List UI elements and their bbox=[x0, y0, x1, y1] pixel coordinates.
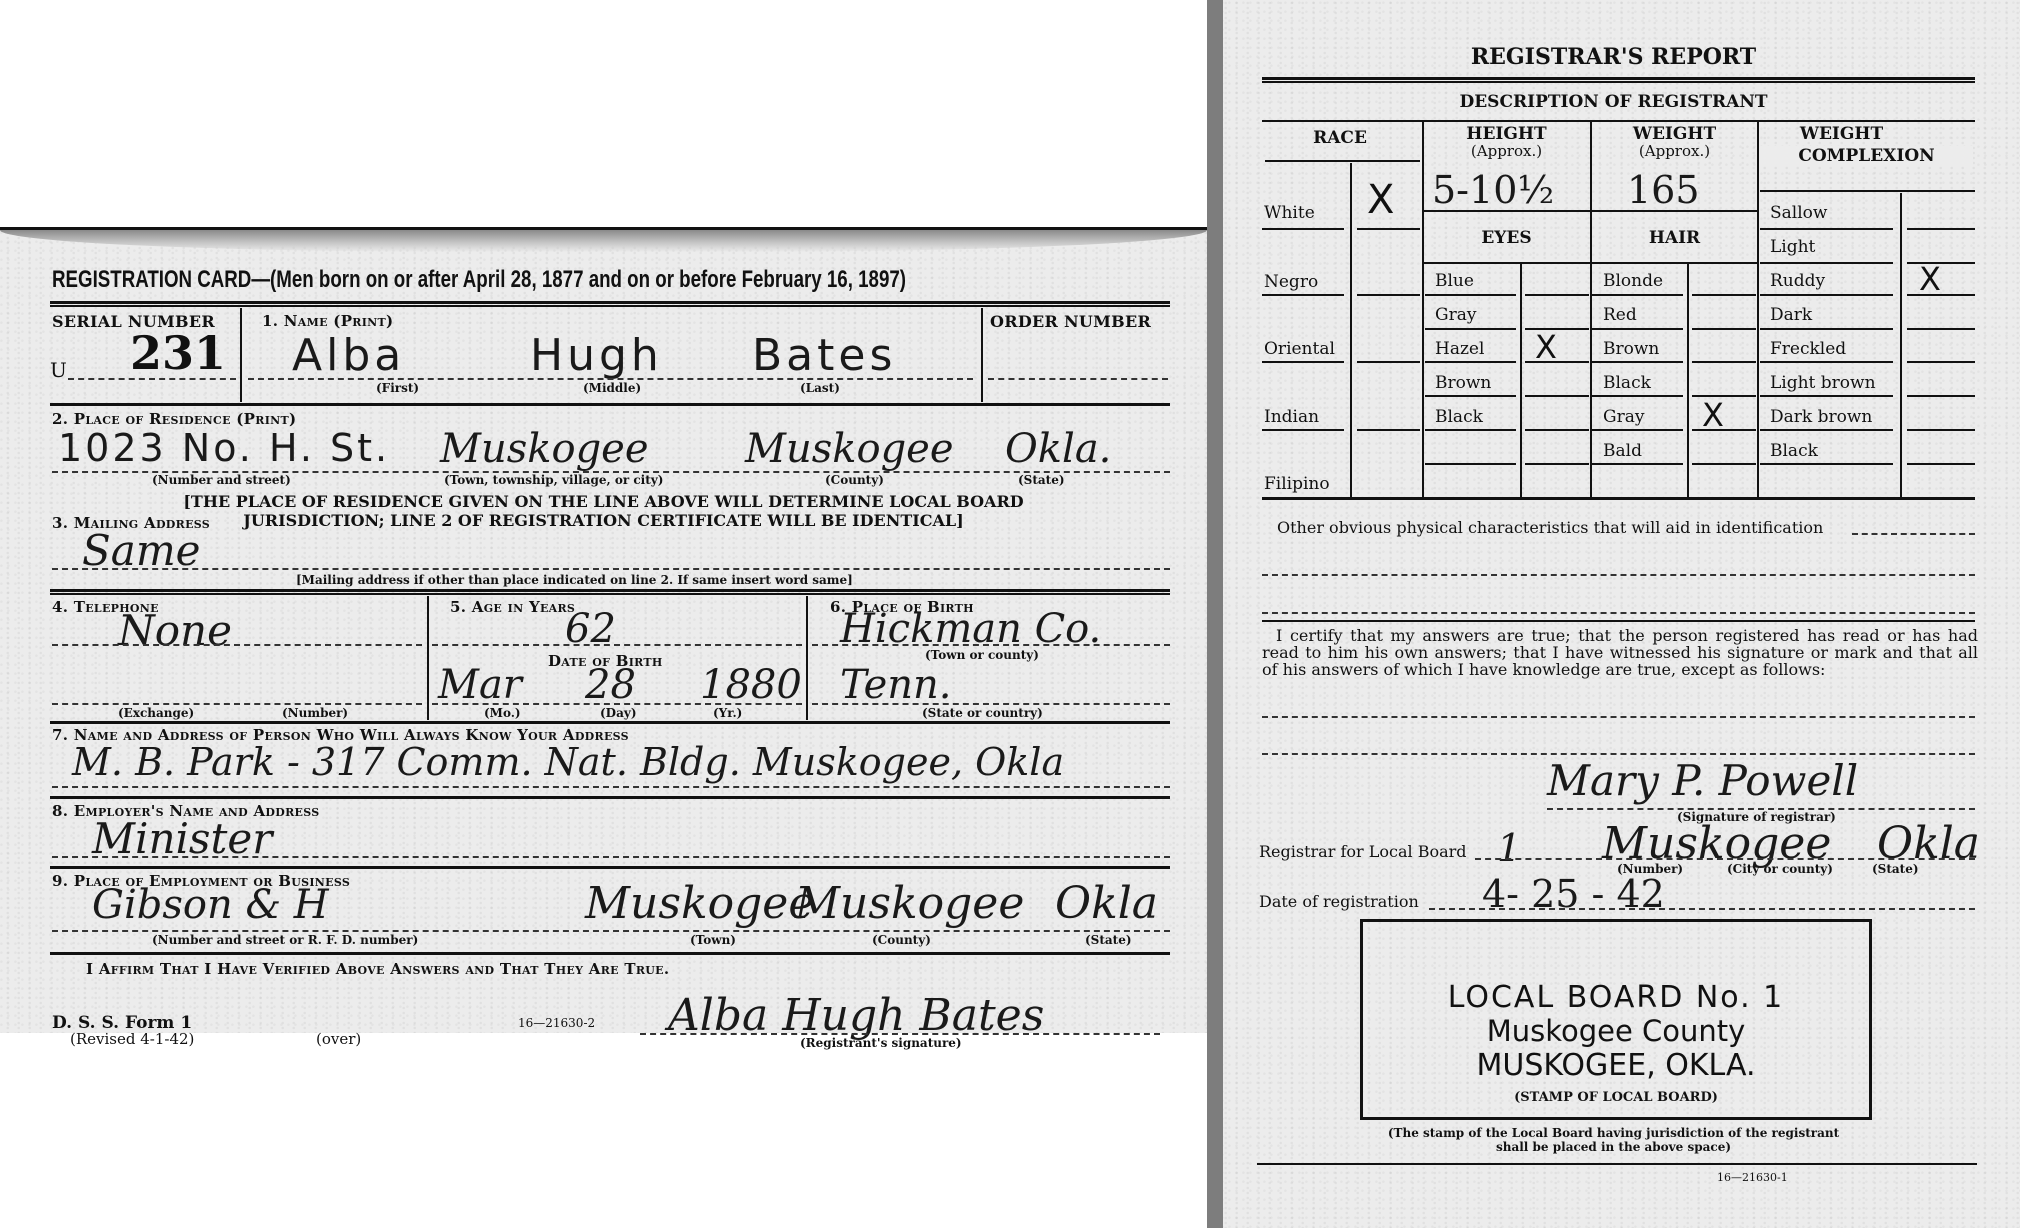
rule bbox=[1357, 228, 1420, 230]
birth-state-caption: (State or country) bbox=[922, 706, 1043, 720]
print-code: 16—21630-2 bbox=[518, 1016, 595, 1030]
local-board-city-caption: (City or county) bbox=[1727, 862, 1833, 876]
divider bbox=[240, 308, 242, 402]
rule bbox=[1592, 328, 1683, 330]
report-print-code: 16—21630-1 bbox=[1717, 1171, 1788, 1184]
affirmation-text: I Affirm That I Have Verified Above Answ… bbox=[86, 960, 669, 978]
rule bbox=[1525, 328, 1589, 330]
middle-caption: (Middle) bbox=[583, 381, 641, 395]
complexion-dark-brown-label: Dark brown bbox=[1770, 407, 1872, 427]
order-number-label: ORDER NUMBER bbox=[990, 312, 1151, 331]
serial-prefix: U bbox=[50, 358, 67, 382]
rule bbox=[1760, 429, 1893, 431]
stamp-note-line-1: (The stamp of the Local Board having jur… bbox=[1207, 1126, 2020, 1140]
rule bbox=[1692, 463, 1756, 465]
rule bbox=[1357, 294, 1420, 296]
height-header: HEIGHT bbox=[1425, 124, 1588, 144]
stamp-note: (The stamp of the Local Board having jur… bbox=[1207, 1126, 2020, 1154]
eyes-blue-label: Blue bbox=[1435, 271, 1474, 291]
telephone-line bbox=[52, 644, 422, 646]
divider bbox=[427, 596, 429, 720]
table-top-rule bbox=[1262, 120, 1975, 122]
other-characteristics-line-1[interactable] bbox=[1852, 533, 1975, 535]
footer-rule bbox=[1257, 1163, 1977, 1165]
divider bbox=[1687, 263, 1689, 497]
eyes-brown-label: Brown bbox=[1435, 373, 1491, 393]
serial-line bbox=[68, 378, 236, 380]
rule bbox=[1692, 294, 1756, 296]
stamp-line-3: MUSKOGEE, OKLA. bbox=[1363, 1048, 1869, 1083]
divider bbox=[1900, 193, 1902, 497]
stamp-note-line-2: shall be placed in the above space) bbox=[1207, 1140, 2020, 1154]
rule bbox=[1592, 395, 1683, 397]
complexion-sallow-label: Sallow bbox=[1770, 203, 1827, 223]
rule bbox=[1907, 361, 1975, 363]
report-subtitle: DESCRIPTION OF REGISTRANT bbox=[1207, 92, 2020, 112]
complexion-dark-label: Dark bbox=[1770, 305, 1812, 325]
weight-field[interactable]: 165 bbox=[1627, 168, 1700, 212]
other-characteristics-line-3[interactable] bbox=[1262, 612, 1975, 614]
local-board-label: Registrar for Local Board bbox=[1259, 842, 1467, 861]
serial-number-value[interactable]: 231 bbox=[130, 326, 226, 380]
signature-line bbox=[640, 1033, 1160, 1035]
rule bbox=[1424, 210, 1757, 212]
race-indian-label: Indian bbox=[1264, 407, 1319, 427]
weight-subheader: (Approx.) bbox=[1593, 142, 1756, 160]
rule bbox=[1692, 328, 1756, 330]
divider bbox=[1422, 121, 1424, 497]
rule bbox=[1760, 395, 1893, 397]
row-rule bbox=[50, 589, 1170, 595]
last-name-field[interactable]: Bates bbox=[752, 330, 896, 381]
rule bbox=[1262, 429, 1344, 431]
row-rule bbox=[50, 796, 1170, 799]
rule bbox=[1692, 395, 1756, 397]
rule bbox=[1425, 294, 1516, 296]
rule bbox=[1265, 160, 1420, 162]
rule bbox=[1907, 294, 1975, 296]
exception-line-2[interactable] bbox=[1262, 753, 1975, 755]
hair-black-label: Black bbox=[1603, 373, 1651, 393]
rule bbox=[1525, 395, 1589, 397]
dob-line bbox=[432, 703, 802, 705]
race-filipino-label: Filipino bbox=[1264, 474, 1330, 494]
rule bbox=[1425, 328, 1516, 330]
race-oriental-label: Oriental bbox=[1264, 339, 1335, 359]
table-bottom-rule bbox=[1262, 497, 1975, 500]
age-label: 5. Age in Years bbox=[450, 598, 575, 616]
exchange-caption: (Exchange) bbox=[118, 706, 194, 720]
birth-year-field[interactable]: 1880 bbox=[700, 662, 802, 708]
divider bbox=[1350, 163, 1352, 497]
rule bbox=[1262, 361, 1344, 363]
registration-card: REGISTRATION CARD—(Men born on or after … bbox=[0, 227, 1207, 1033]
employment-county-caption: (County) bbox=[872, 933, 931, 947]
rule bbox=[1357, 361, 1420, 363]
complexion-ruddy-checkbox[interactable]: X bbox=[1919, 263, 1941, 295]
employment-line bbox=[52, 930, 1170, 932]
eyes-hazel-label: Hazel bbox=[1435, 339, 1484, 359]
rule bbox=[1907, 429, 1975, 431]
birth-state-line bbox=[812, 703, 1170, 705]
stamp-caption: (STAMP OF LOCAL BOARD) bbox=[1363, 1090, 1869, 1105]
race-negro-label: Negro bbox=[1264, 272, 1318, 292]
rule bbox=[1425, 429, 1516, 431]
residence-town-field[interactable]: Muskogee bbox=[440, 426, 649, 472]
title-rule bbox=[50, 301, 1170, 307]
telephone-line-2 bbox=[52, 703, 422, 705]
employment-state-caption: (State) bbox=[1085, 933, 1132, 947]
rule bbox=[1692, 361, 1756, 363]
mailing-line bbox=[52, 568, 1170, 570]
row-rule bbox=[50, 952, 1170, 955]
title-rule bbox=[1262, 77, 1975, 83]
stamp-line-1: LOCAL BOARD No. 1 bbox=[1363, 980, 1869, 1015]
divider bbox=[1590, 121, 1592, 497]
rule bbox=[1262, 228, 1344, 230]
employment-county-field[interactable]: Muskogee bbox=[795, 878, 1024, 929]
complexion-header: COMPLEXION bbox=[1760, 146, 1973, 166]
divider bbox=[806, 596, 808, 720]
state-caption: (State) bbox=[1018, 473, 1065, 487]
number-caption: (Number) bbox=[282, 706, 348, 720]
birth-day-field[interactable]: 28 bbox=[585, 662, 636, 708]
rule bbox=[1760, 190, 1975, 192]
middle-name-field[interactable]: Hugh bbox=[530, 330, 663, 381]
eyes-gray-label: Gray bbox=[1435, 305, 1476, 325]
exception-line-1[interactable] bbox=[1262, 716, 1975, 718]
employment-town-field[interactable]: Muskogee bbox=[585, 878, 814, 929]
race-header: RACE bbox=[1265, 128, 1415, 148]
row-rule bbox=[50, 403, 1170, 406]
other-characteristics-line-2[interactable] bbox=[1262, 574, 1975, 576]
over-note: (over) bbox=[316, 1030, 361, 1048]
birth-state-field[interactable]: Tenn. bbox=[840, 662, 951, 708]
height-subheader: (Approx.) bbox=[1425, 142, 1588, 160]
rule bbox=[1424, 262, 1757, 264]
race-white-label: White bbox=[1264, 203, 1315, 223]
other-characteristics-label: Other obvious physical characteristics t… bbox=[1277, 518, 1823, 537]
eyes-hazel-checkbox[interactable]: X bbox=[1535, 331, 1557, 363]
name-label: 1. Name (Print) bbox=[262, 312, 393, 330]
rule bbox=[1592, 463, 1683, 465]
rule bbox=[1760, 262, 1893, 264]
employer-line bbox=[52, 856, 1170, 858]
jurisdiction-notice-line1: [THE PLACE OF RESIDENCE GIVEN ON THE LIN… bbox=[0, 492, 1207, 511]
rule bbox=[1760, 228, 1893, 230]
rule bbox=[1425, 463, 1516, 465]
telephone-field[interactable]: None bbox=[118, 606, 232, 655]
certification-text: I certify that my answers are true; that… bbox=[1262, 627, 1978, 678]
rule bbox=[1760, 328, 1893, 330]
last-caption: (Last) bbox=[800, 381, 840, 395]
mailing-caption: [Mailing address if other than place ind… bbox=[296, 573, 853, 587]
divider bbox=[1520, 263, 1522, 497]
weight-header: WEIGHT bbox=[1760, 124, 1923, 144]
rule bbox=[1525, 361, 1589, 363]
complexion-freckled-label: Freckled bbox=[1770, 339, 1846, 359]
birth-month-field[interactable]: Mar bbox=[438, 662, 522, 708]
rule bbox=[1592, 294, 1683, 296]
rule bbox=[1907, 262, 1975, 264]
weight-header-col: WEIGHT bbox=[1593, 124, 1756, 144]
registrar-report-card: REGISTRAR'S REPORT DESCRIPTION OF REGIST… bbox=[1207, 0, 2020, 1228]
complexion-black-label: Black bbox=[1770, 441, 1818, 461]
rule bbox=[1425, 361, 1516, 363]
rule bbox=[1525, 463, 1589, 465]
residence-state-field[interactable]: Okla. bbox=[1005, 426, 1111, 472]
employment-street-field[interactable]: Gibson & H bbox=[92, 882, 329, 928]
complexion-ruddy-label: Ruddy bbox=[1770, 271, 1825, 291]
complexion-light-label: Light bbox=[1770, 237, 1815, 257]
hair-gray-checkbox[interactable]: X bbox=[1702, 399, 1724, 431]
rule bbox=[1907, 463, 1975, 465]
day-caption: (Day) bbox=[600, 706, 637, 720]
hair-brown-label: Brown bbox=[1603, 339, 1659, 359]
divider bbox=[981, 308, 983, 402]
local-board-line bbox=[1475, 858, 1975, 860]
birth-town-line bbox=[812, 644, 1170, 646]
signature-caption: (Registrant's signature) bbox=[800, 1036, 962, 1050]
rule bbox=[1525, 429, 1589, 431]
date-of-registration-label: Date of registration bbox=[1259, 892, 1419, 911]
rule bbox=[1262, 294, 1344, 296]
local-board-state-caption: (State) bbox=[1872, 862, 1919, 876]
rule bbox=[1907, 395, 1975, 397]
rule bbox=[1592, 361, 1683, 363]
rule bbox=[1760, 294, 1893, 296]
age-line bbox=[432, 644, 802, 646]
registrar-signature[interactable]: Mary P. Powell bbox=[1547, 756, 1858, 805]
order-number-line[interactable] bbox=[988, 378, 1168, 380]
month-caption: (Mo.) bbox=[484, 706, 521, 720]
local-board-number-field[interactable]: 1 bbox=[1497, 826, 1521, 870]
hair-red-label: Red bbox=[1603, 305, 1637, 325]
row-rule bbox=[50, 721, 1170, 724]
residence-street-field[interactable]: 1023 No. H. St. bbox=[58, 426, 390, 470]
employment-state-field[interactable]: Okla bbox=[1055, 878, 1158, 929]
local-board-stamp: LOCAL BOARD No. 1 Muskogee County MUSKOG… bbox=[1360, 919, 1872, 1120]
date-line bbox=[1429, 908, 1975, 910]
birth-town-caption: (Town or county) bbox=[925, 648, 1039, 662]
form-revised: (Revised 4-1-42) bbox=[70, 1030, 194, 1048]
hair-bald-label: Bald bbox=[1603, 441, 1642, 461]
contact-line bbox=[52, 786, 1170, 788]
eyes-header: EYES bbox=[1425, 228, 1588, 248]
eyes-black-label: Black bbox=[1435, 407, 1483, 427]
rule bbox=[1760, 361, 1893, 363]
name-line bbox=[248, 378, 973, 380]
county-caption: (County) bbox=[825, 473, 884, 487]
hair-gray-label: Gray bbox=[1603, 407, 1644, 427]
rule bbox=[1760, 463, 1893, 465]
rule bbox=[1357, 429, 1420, 431]
card-edge-shadow bbox=[0, 230, 1207, 252]
year-caption: (Yr.) bbox=[713, 706, 742, 720]
section-rule bbox=[1262, 620, 1975, 622]
employment-town-caption: (Town) bbox=[690, 933, 736, 947]
card-title: REGISTRATION CARD—(Men born on or after … bbox=[52, 266, 906, 294]
card-edge bbox=[1207, 0, 1223, 1228]
report-title: REGISTRAR'S REPORT bbox=[1207, 44, 2020, 70]
first-caption: (First) bbox=[376, 381, 419, 395]
employment-street-caption: (Number and street or R. F. D. number) bbox=[152, 933, 418, 947]
row-rule bbox=[50, 866, 1170, 869]
hair-header: HAIR bbox=[1593, 228, 1756, 248]
complexion-light-brown-label: Light brown bbox=[1770, 373, 1876, 393]
divider bbox=[1757, 121, 1759, 497]
rule bbox=[1425, 395, 1516, 397]
height-field[interactable]: 5-10½ bbox=[1432, 168, 1554, 212]
rule bbox=[1907, 328, 1975, 330]
residence-county-field[interactable]: Muskogee bbox=[745, 426, 954, 472]
rule bbox=[1525, 294, 1589, 296]
contact-person-field[interactable]: M. B. Park - 317 Comm. Nat. Bldg. Muskog… bbox=[72, 740, 1064, 784]
hair-blonde-label: Blonde bbox=[1603, 271, 1663, 291]
first-name-field[interactable]: Alba bbox=[292, 330, 405, 381]
street-caption: (Number and street) bbox=[152, 473, 291, 487]
rule bbox=[1907, 228, 1975, 230]
town-caption: (Town, township, village, or city) bbox=[444, 473, 663, 487]
stamp-line-2: Muskogee County bbox=[1363, 1014, 1869, 1048]
rule bbox=[1592, 429, 1683, 431]
rule bbox=[1692, 429, 1756, 431]
race-white-checkbox[interactable]: X bbox=[1367, 180, 1394, 220]
